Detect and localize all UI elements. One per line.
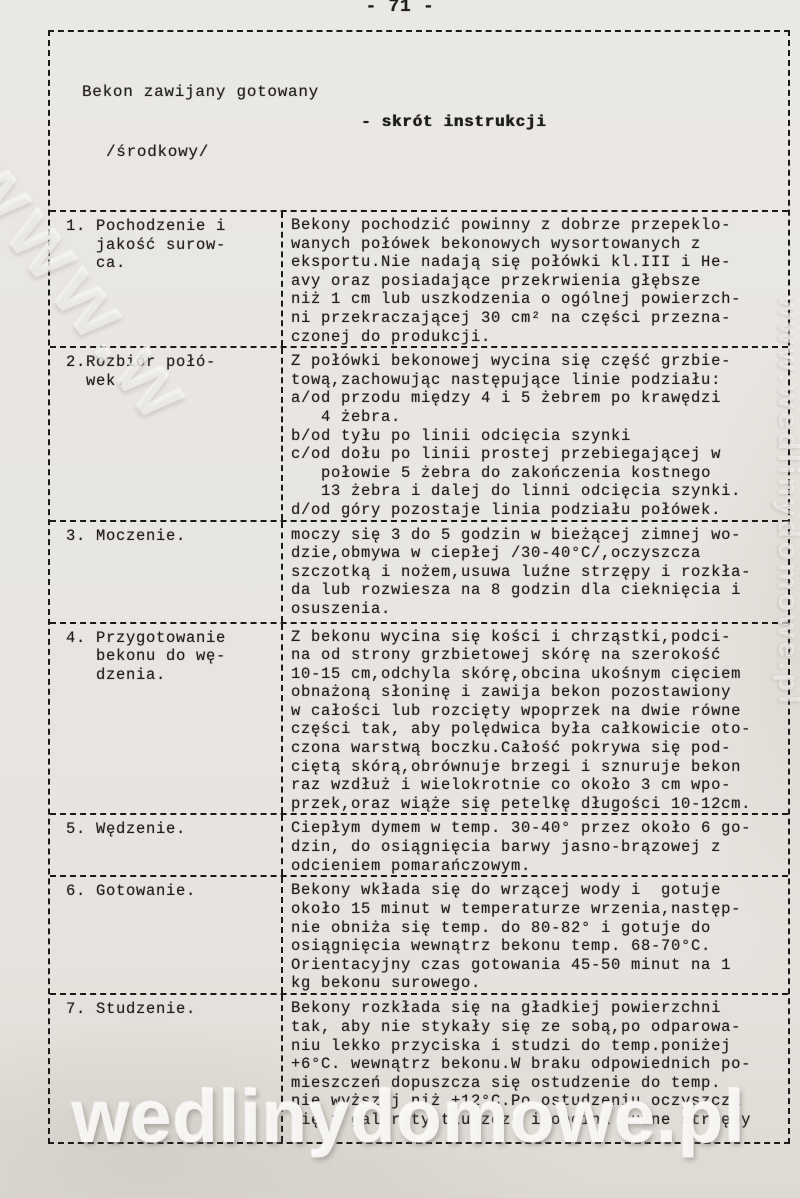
doc-title-line2: /środkowy/ (82, 142, 319, 162)
page-number: - 71 - (0, 0, 800, 17)
table-row-6: 6. Gotowanie. Bekony wkłada się do wrząc… (50, 877, 788, 995)
step-name-cell: 2.Rozbiór połó- wek. (50, 348, 283, 519)
table-row-2: 2.Rozbiór połó- wek. Z połówki bekonowej… (50, 348, 788, 521)
step-description-cell: Z bekonu wycina się kości i chrząstki,po… (283, 624, 788, 814)
doc-title: Bekon zawijany gotowany /środkowy/ (82, 42, 319, 202)
step-name-cell: 6. Gotowanie. (50, 877, 283, 993)
instruction-table: Bekon zawijany gotowany /środkowy/ - skr… (48, 30, 790, 1144)
table-row-5: 5. Wędzenie. Ciepłym dymem w temp. 30-40… (50, 815, 788, 877)
step-description-cell: Ciepłym dymem w temp. 30-40° przez około… (283, 815, 788, 875)
table-header-row: Bekon zawijany gotowany /środkowy/ - skr… (50, 32, 788, 212)
table-row-7: 7. Studzenie. Bekony rozkłada się na gła… (50, 995, 788, 1142)
step-description-cell: Bekony wkłada się do wrzącej wody i gotu… (283, 877, 788, 993)
step-name-cell: 7. Studzenie. (50, 995, 283, 1142)
step-description-cell: Bekony rozkłada się na gładkiej powierzc… (283, 995, 788, 1142)
step-description-cell: Z połówki bekonowej wycina się część grz… (283, 348, 788, 519)
table-row-4: 4. Przygotowanie bekonu do wę- dzenia. Z… (50, 624, 788, 816)
doc-subtitle: - skrót instrukcji (361, 113, 546, 131)
table-row-1: 1. Pochodzenie i jakość surow- ca. Bekon… (50, 212, 788, 348)
step-description-cell: moczy się 3 do 5 godzin w bieżącej zimne… (283, 522, 788, 622)
step-name-cell: 1. Pochodzenie i jakość surow- ca. (50, 212, 283, 346)
table-row-3: 3. Moczenie. moczy się 3 do 5 godzin w b… (50, 522, 788, 624)
step-name-cell: 4. Przygotowanie bekonu do wę- dzenia. (50, 624, 283, 814)
doc-title-line1: Bekon zawijany gotowany (82, 82, 319, 102)
step-name-cell: 5. Wędzenie. (50, 815, 283, 875)
step-description-cell: Bekony pochodzić powinny z dobrze przepe… (283, 212, 788, 346)
step-name-cell: 3. Moczenie. (50, 522, 283, 622)
